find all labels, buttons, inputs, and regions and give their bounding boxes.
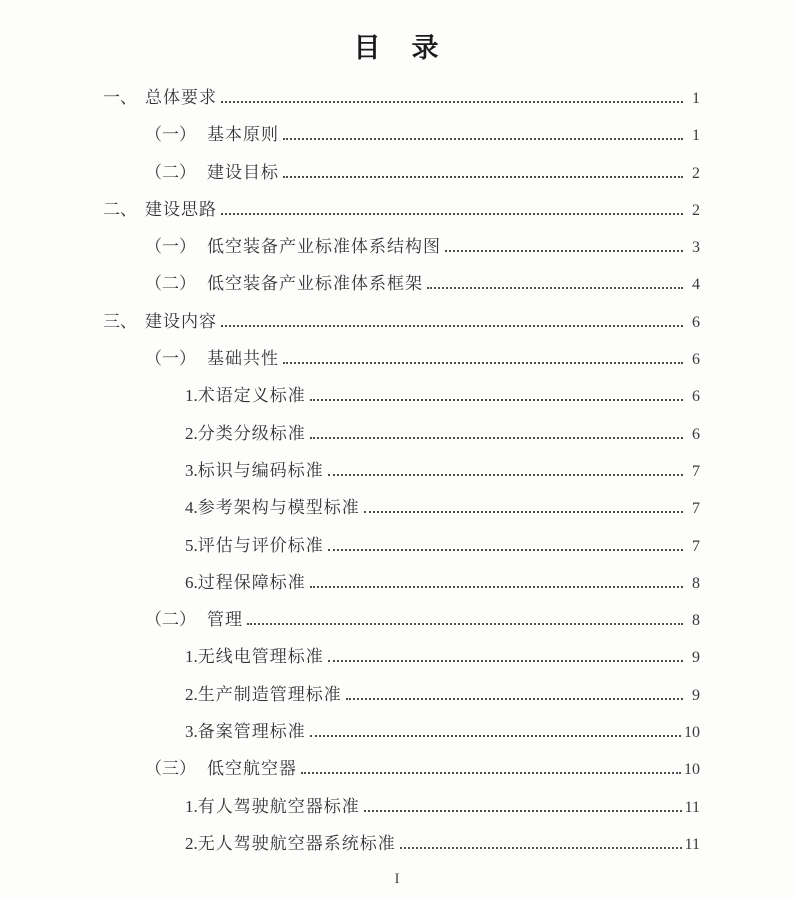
- toc-entry-number: 3.: [185, 722, 198, 742]
- document-page: 目 录 一、总体要求1（一）基本原则1（二）建设目标2二、建设思路2（一）低空装…: [0, 0, 794, 900]
- toc-entry-number: 2.: [185, 424, 198, 444]
- toc-entry-page: 9: [686, 649, 700, 667]
- dot-leader: [400, 847, 682, 849]
- toc-entry-page: 11: [685, 836, 700, 854]
- toc-entry-page: 2: [686, 165, 700, 183]
- toc-entry-number: （三）: [145, 754, 207, 779]
- toc-entry-number: （二）: [145, 269, 207, 294]
- toc-entry: 1.有人驾驶航空器标准11: [0, 782, 700, 819]
- toc-entry: 6.过程保障标准8: [0, 558, 700, 595]
- toc-entry-number: 三、: [103, 307, 145, 332]
- dot-leader: [247, 623, 683, 625]
- toc-entry: 2.分类分级标准6: [0, 409, 700, 446]
- toc-entry: 2.生产制造管理标准9: [0, 670, 700, 707]
- toc-entry-number: （一）: [145, 120, 207, 145]
- toc-entry-page: 8: [686, 575, 700, 593]
- toc-entry-title: 备案管理标准: [198, 717, 306, 742]
- toc-entry-title: 建设思路: [145, 195, 217, 220]
- toc-entry: 4.参考架构与模型标准7: [0, 483, 700, 520]
- dot-leader: [283, 138, 683, 140]
- toc-entry-number: 6.: [185, 573, 198, 593]
- toc-entry-number: （一）: [145, 344, 207, 369]
- dot-leader: [328, 474, 683, 476]
- toc-entry: （二）管理8: [0, 595, 700, 632]
- toc-entry-page: 9: [686, 687, 700, 705]
- toc-entry: （一）基本原则1: [0, 110, 700, 147]
- toc-entry-page: 1: [686, 127, 700, 145]
- dot-leader: [221, 325, 683, 327]
- toc-entry-title: 过程保障标准: [198, 568, 306, 593]
- toc-entry: 1.无线电管理标准9: [0, 632, 700, 669]
- toc-entry-page: 7: [686, 463, 700, 481]
- toc-entry-title: 标识与编码标准: [198, 456, 324, 481]
- toc-entry-page: 8: [686, 612, 700, 630]
- toc-entry-page: 6: [686, 426, 700, 444]
- toc-entry-title: 评估与评价标准: [198, 531, 324, 556]
- toc-entry-title: 有人驾驶航空器标准: [198, 792, 360, 817]
- dot-leader: [310, 735, 681, 737]
- toc-entry-number: 二、: [103, 195, 145, 220]
- toc-entry: （三）低空航空器10: [0, 744, 700, 781]
- toc-entry-title: 生产制造管理标准: [198, 680, 342, 705]
- dot-leader: [310, 437, 683, 439]
- toc-entry-page: 10: [684, 724, 700, 742]
- toc-entry-title: 分类分级标准: [198, 419, 306, 444]
- dot-leader: [346, 698, 683, 700]
- toc-entry: 一、总体要求1: [0, 73, 700, 110]
- toc-entry-number: 4.: [185, 498, 198, 518]
- footer-page-number: I: [0, 871, 794, 888]
- dot-leader: [445, 250, 683, 252]
- toc-entry-page: 7: [686, 538, 700, 556]
- toc-entry: 3.标识与编码标准7: [0, 446, 700, 483]
- dot-leader: [364, 810, 682, 812]
- dot-leader: [310, 399, 683, 401]
- toc-entry-number: （一）: [145, 232, 207, 257]
- toc-entry-number: （二）: [145, 605, 207, 630]
- toc-entry-title: 术语定义标准: [198, 381, 306, 406]
- dot-leader: [310, 586, 683, 588]
- toc-entry-number: 2.: [185, 685, 198, 705]
- dot-leader: [221, 213, 683, 215]
- toc-entry-title: 管理: [207, 605, 243, 630]
- toc-entry-page: 11: [685, 799, 700, 817]
- toc-entry-page: 4: [686, 276, 700, 294]
- toc-entry: 二、建设思路2: [0, 185, 700, 222]
- toc-entry-number: 2.: [185, 834, 198, 854]
- toc-entry-number: 3.: [185, 461, 198, 481]
- toc-entry-page: 7: [686, 500, 700, 518]
- toc-entry-number: 1.: [185, 647, 198, 667]
- toc-entry: 2.无人驾驶航空器系统标准11: [0, 819, 700, 856]
- dot-leader: [364, 511, 683, 513]
- toc-entry-title: 建设目标: [207, 158, 279, 183]
- toc-entry-number: （二）: [145, 158, 207, 183]
- toc-entry-number: 1.: [185, 386, 198, 406]
- toc-entry-number: 1.: [185, 797, 198, 817]
- toc-entry-page: 6: [686, 314, 700, 332]
- toc-entry-title: 无人驾驶航空器系统标准: [198, 829, 396, 854]
- dot-leader: [283, 362, 683, 364]
- toc-entry: （二）低空装备产业标准体系框架4: [0, 259, 700, 296]
- dot-leader: [301, 772, 681, 774]
- toc-list: 一、总体要求1（一）基本原则1（二）建设目标2二、建设思路2（一）低空装备产业标…: [0, 73, 700, 856]
- toc-entry: 1.术语定义标准6: [0, 371, 700, 408]
- page-title: 目 录: [0, 26, 794, 65]
- dot-leader: [427, 287, 683, 289]
- toc-entry-title: 无线电管理标准: [198, 642, 324, 667]
- toc-entry-title: 低空装备产业标准体系结构图: [207, 232, 441, 257]
- toc-entry-number: 一、: [103, 83, 145, 108]
- toc-entry: 3.备案管理标准10: [0, 707, 700, 744]
- dot-leader: [283, 176, 683, 178]
- toc-entry-number: 5.: [185, 536, 198, 556]
- toc-entry-title: 低空航空器: [207, 754, 297, 779]
- toc-entry-page: 2: [686, 202, 700, 220]
- toc-entry-title: 基本原则: [207, 120, 279, 145]
- dot-leader: [328, 549, 683, 551]
- toc-entry-title: 基础共性: [207, 344, 279, 369]
- toc-entry-page: 6: [686, 388, 700, 406]
- dot-leader: [221, 101, 683, 103]
- toc-entry-title: 低空装备产业标准体系框架: [207, 269, 423, 294]
- toc-entry-title: 建设内容: [145, 307, 217, 332]
- toc-entry: 5.评估与评价标准7: [0, 521, 700, 558]
- toc-entry-title: 参考架构与模型标准: [198, 493, 360, 518]
- toc-entry: （一）低空装备产业标准体系结构图3: [0, 222, 700, 259]
- toc-entry-page: 6: [686, 351, 700, 369]
- toc-entry: （二）建设目标2: [0, 148, 700, 185]
- dot-leader: [328, 660, 683, 662]
- toc-entry-page: 1: [686, 90, 700, 108]
- toc-entry: （一）基础共性6: [0, 334, 700, 371]
- toc-entry: 三、建设内容6: [0, 297, 700, 334]
- toc-entry-page: 3: [686, 239, 700, 257]
- toc-entry-page: 10: [684, 761, 700, 779]
- toc-entry-title: 总体要求: [145, 83, 217, 108]
